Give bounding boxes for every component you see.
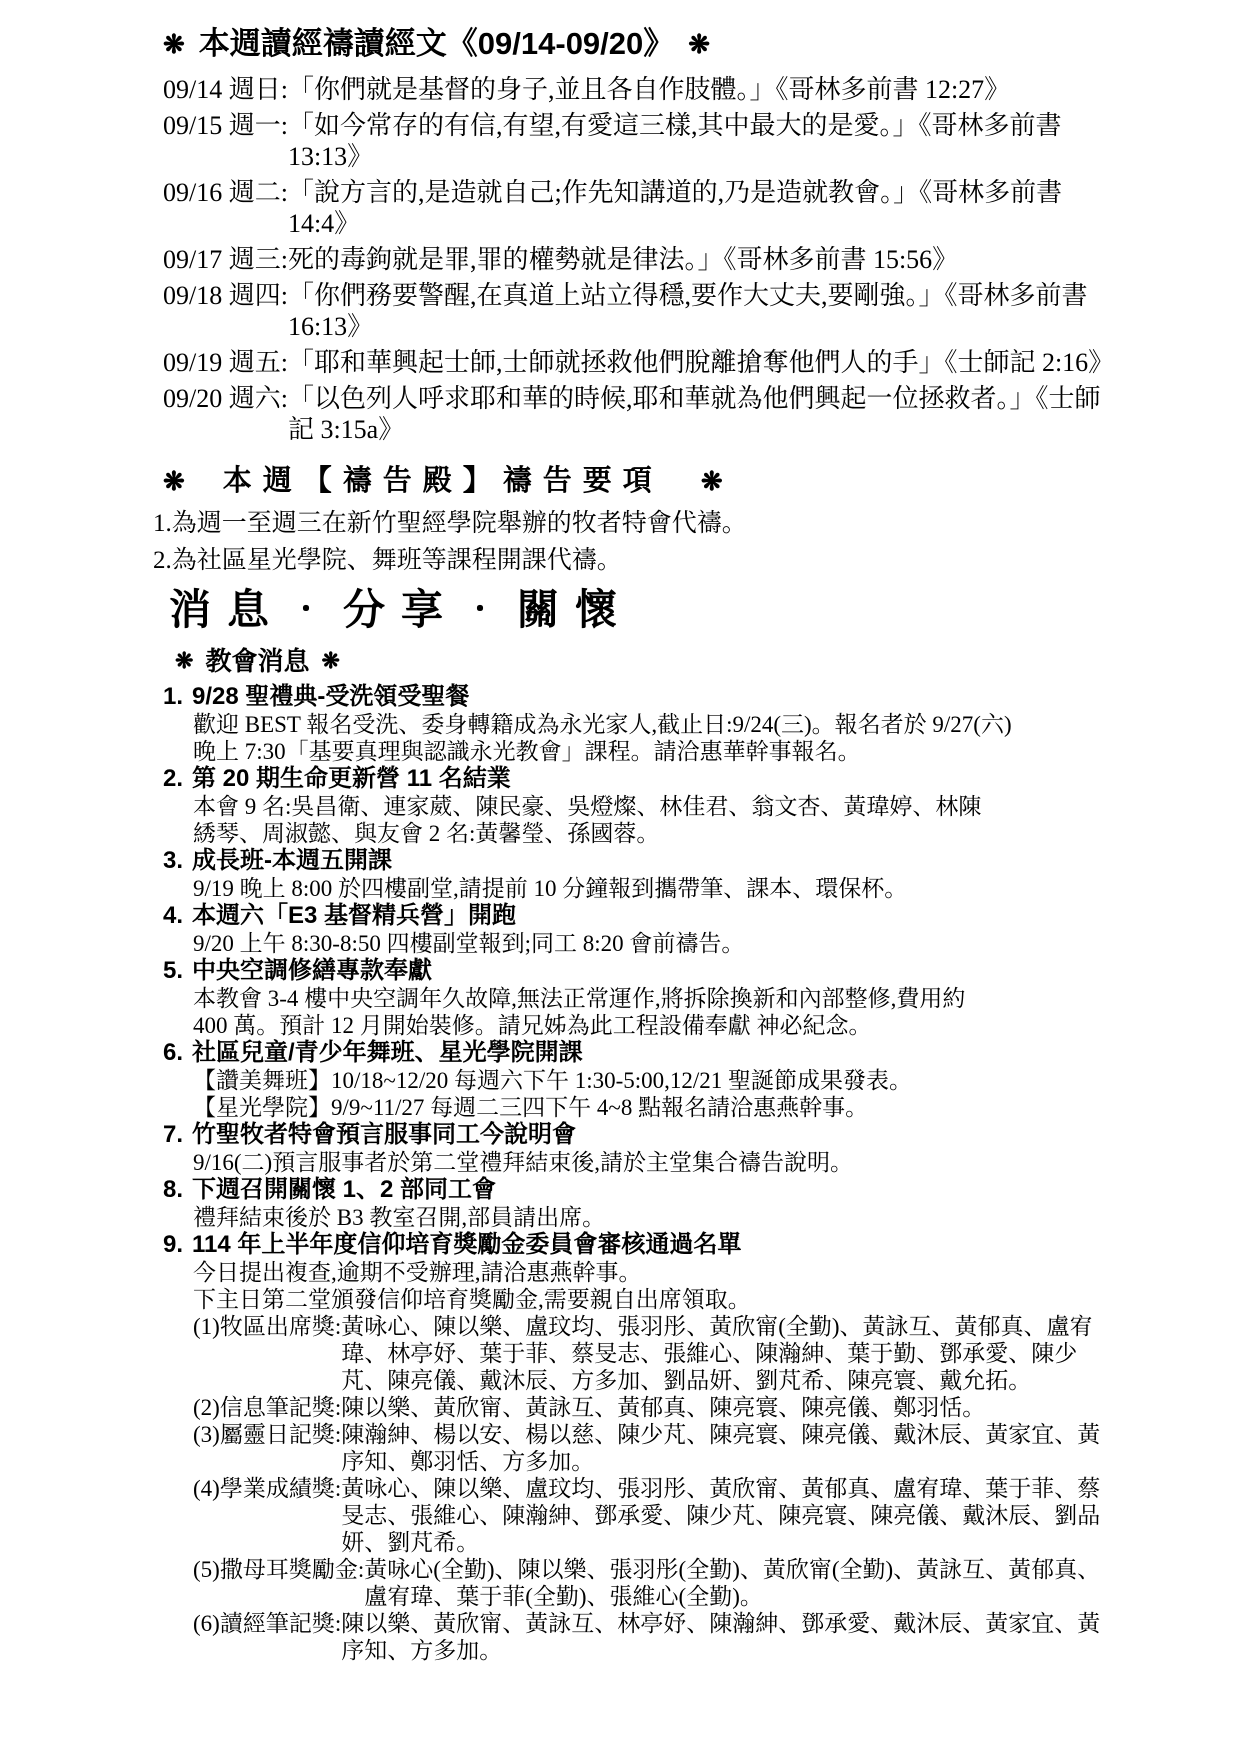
reading-entry-text: 「以色列人呼求耶和華的時候,耶和華就為他們興起一位拯救者。」《士師記 3:15a… xyxy=(288,383,1119,445)
award-names: 陳以樂、黃欣甯、黃詠互、林亭妤、陳瀚紳、鄧承愛、戴沐辰、黃家宜、黃序知、方多加。 xyxy=(341,1610,1119,1664)
news-item-line: 歡迎 BEST 報名受洗、委身轉籍成為永光家人,截止日:9/24(三)。報名者於… xyxy=(163,711,1119,738)
news-item-line: 下主日第二堂頒發信仰培育獎勵金,需要親自出席領取。 xyxy=(163,1286,1119,1313)
news-item-heading: 竹聖牧者特會預言服事同工今說明會 xyxy=(192,1121,576,1149)
award-line: (1)牧區出席獎:黃咏心、陳以樂、盧玟均、張羽彤、黃欣甯(全勤)、黃詠互、黃郁真… xyxy=(163,1313,1119,1394)
news-item-title: 6.社區兒童/青少年舞班、星光學院開課 xyxy=(163,1039,1119,1067)
prayer-item: 2.為社區星光學院、舞班等課程開課代禱。 xyxy=(153,547,1119,575)
news-item-number: 9. xyxy=(163,1231,183,1259)
prayer-section-title: ❋ 本週【禱告殿】禱告要項 ❋ xyxy=(163,461,1119,501)
church-news-header: ❋ 教會消息 ❋ xyxy=(175,645,1119,677)
award-category: (6)讀經筆記獎: xyxy=(193,1610,341,1664)
news-item-number: 8. xyxy=(163,1176,183,1204)
prayer-items: 1.為週一至週三在新竹聖經學院舉辦的牧者特會代禱。2.為社區星光學院、舞班等課程… xyxy=(153,510,1119,575)
reading-entry-date: 09/19 週五: xyxy=(163,347,288,378)
news-item: 3.成長班-本週五開課9/19 晚上 8:00 於四樓副堂,請提前 10 分鐘報… xyxy=(163,847,1119,902)
award-line: (2)信息筆記獎:陳以樂、黃欣甯、黃詠互、黃郁真、陳亮寰、陳亮儀、鄭羽恬。 xyxy=(163,1394,1119,1421)
flower-icon: ❋ xyxy=(163,24,185,64)
news-item-line: 禮拜結束後於 B3 教室召開,部員請出席。 xyxy=(163,1204,1119,1231)
news-item-heading: 成長班-本週五開課 xyxy=(192,847,392,875)
award-names: 陳以樂、黃欣甯、黃詠互、黃郁真、陳亮寰、陳亮儀、鄭羽恬。 xyxy=(341,1394,1119,1421)
news-item-title: 8.下週召開關懷 1、2 部同工會 xyxy=(163,1176,1119,1204)
news-item-line: 綉琴、周淑懿、與友會 2 名:黃馨瑩、孫國蓉。 xyxy=(163,820,1119,847)
news-item-line: 本教會 3-4 樓中央空調年久故障,無法正常運作,將拆除換新和內部整修,費用約 xyxy=(163,985,1119,1012)
flower-icon: ❋ xyxy=(321,645,339,677)
flower-icon: ❋ xyxy=(701,461,723,501)
reading-entry: 09/16 週二:「說方言的,是造就自己;作先知講道的,乃是造就教會。」《哥林多… xyxy=(163,177,1119,239)
reading-entry-text: 「你們就是基督的身子,並且各自作肢體。」《哥林多前書 12:27》 xyxy=(288,74,1119,105)
award-category: (2)信息筆記獎: xyxy=(193,1394,341,1421)
news-item-heading: 第 20 期生命更新營 11 名結業 xyxy=(192,765,511,793)
news-item: 7.竹聖牧者特會預言服事同工今說明會9/16(二)預言服事者於第二堂禮拜結束後,… xyxy=(163,1121,1119,1176)
news-item-line: 本會 9 名:吳昌衛、連家葳、陳民豪、吳燈燦、林佳君、翁文杏、黃瑋婷、林陳 xyxy=(163,793,1119,820)
reading-entry-text: 死的毒鉤就是罪,罪的權勢就是律法。」《哥林多前書 15:56》 xyxy=(288,244,1119,275)
news-item-title: 7.竹聖牧者特會預言服事同工今說明會 xyxy=(163,1121,1119,1149)
reading-section-title: ❋ 本週讀經禱讀經文《09/14-09/20》 ❋ xyxy=(163,24,1119,64)
award-line: (6)讀經筆記獎:陳以樂、黃欣甯、黃詠互、林亭妤、陳瀚紳、鄧承愛、戴沐辰、黃家宜… xyxy=(163,1610,1119,1664)
news-item-number: 5. xyxy=(163,957,183,985)
award-names: 黃咏心、陳以樂、盧玟均、張羽彤、黃欣甯、黃郁真、盧宥瑋、葉于菲、蔡旻志、張維心、… xyxy=(341,1475,1119,1556)
news-item-heading: 社區兒童/青少年舞班、星光學院開課 xyxy=(192,1039,583,1067)
news-item-number: 6. xyxy=(163,1039,183,1067)
news-item-heading: 114 年上半年度信仰培育獎勵金委員會審核通過名單 xyxy=(192,1231,741,1259)
news-item-title: 9.114 年上半年度信仰培育獎勵金委員會審核通過名單 xyxy=(163,1231,1119,1259)
flower-icon: ❋ xyxy=(688,24,710,64)
news-items: 1.9/28 聖禮典-受洗領受聖餐歡迎 BEST 報名受洗、委身轉籍成為永光家人… xyxy=(163,683,1119,1664)
reading-entry: 09/17 週三:死的毒鉤就是罪,罪的權勢就是律法。」《哥林多前書 15:56》 xyxy=(163,244,1119,275)
prayer-item: 1.為週一至週三在新竹聖經學院舉辦的牧者特會代禱。 xyxy=(153,510,1119,538)
award-category: (3)屬靈日記獎: xyxy=(193,1421,341,1475)
reading-entry-date: 09/16 週二: xyxy=(163,177,288,239)
news-item-line: 400 萬。預計 12 月開始裝修。請兄姊為此工程設備奉獻 神必紀念。 xyxy=(163,1012,1119,1039)
reading-entry: 09/18 週四:「你們務要警醒,在真道上站立得穩,要作大丈夫,要剛強。」《哥林… xyxy=(163,280,1119,342)
news-item: 8.下週召開關懷 1、2 部同工會禮拜結束後於 B3 教室召開,部員請出席。 xyxy=(163,1176,1119,1231)
reading-entry-date: 09/18 週四: xyxy=(163,280,288,342)
news-item-line: 今日提出複查,逾期不受辦理,請洽惠燕幹事。 xyxy=(163,1259,1119,1286)
news-item: 1.9/28 聖禮典-受洗領受聖餐歡迎 BEST 報名受洗、委身轉籍成為永光家人… xyxy=(163,683,1119,765)
reading-entry-date: 09/14 週日: xyxy=(163,74,288,105)
news-item-title: 2.第 20 期生命更新營 11 名結業 xyxy=(163,765,1119,793)
news-item-line: 【星光學院】9/9~11/27 每週二三四下午 4~8 點報名請洽惠燕幹事。 xyxy=(163,1094,1119,1121)
reading-entry: 09/20 週六:「以色列人呼求耶和華的時候,耶和華就為他們興起一位拯救者。」《… xyxy=(163,383,1119,445)
news-item-title: 3.成長班-本週五開課 xyxy=(163,847,1119,875)
news-item-heading: 9/28 聖禮典-受洗領受聖餐 xyxy=(192,683,469,711)
news-item: 5.中央空調修繕專款奉獻本教會 3-4 樓中央空調年久故障,無法正常運作,將拆除… xyxy=(163,957,1119,1039)
news-item-heading: 下週召開關懷 1、2 部同工會 xyxy=(192,1176,496,1204)
award-line: (5)撒母耳獎勵金:黃咏心(全勤)、陳以樂、張羽彤(全勤)、黃欣甯(全勤)、黃詠… xyxy=(163,1556,1119,1610)
news-item: 6.社區兒童/青少年舞班、星光學院開課【讚美舞班】10/18~12/20 每週六… xyxy=(163,1039,1119,1121)
news-item-heading: 中央空調修繕專款奉獻 xyxy=(192,957,432,985)
news-item-title: 1.9/28 聖禮典-受洗領受聖餐 xyxy=(163,683,1119,711)
reading-entry: 09/14 週日:「你們就是基督的身子,並且各自作肢體。」《哥林多前書 12:2… xyxy=(163,74,1119,105)
news-item: 9.114 年上半年度信仰培育獎勵金委員會審核通過名單今日提出複查,逾期不受辦理… xyxy=(163,1231,1119,1664)
award-category: (5)撒母耳獎勵金: xyxy=(193,1556,364,1610)
news-item-title: 5.中央空調修繕專款奉獻 xyxy=(163,957,1119,985)
prayer-title-text: 本週【禱告殿】禱告要項 xyxy=(223,461,663,501)
reading-entry-text: 「你們務要警醒,在真道上站立得穩,要作大丈夫,要剛強。」《哥林多前書 16:13… xyxy=(288,280,1119,342)
reading-entry-text: 「說方言的,是造就自己;作先知講道的,乃是造就教會。」《哥林多前書 14:4》 xyxy=(288,177,1119,239)
reading-entries: 09/14 週日:「你們就是基督的身子,並且各自作肢體。」《哥林多前書 12:2… xyxy=(163,74,1119,445)
news-item-line: 9/20 上午 8:30-8:50 四樓副堂報到;同工 8:20 會前禱告。 xyxy=(163,930,1119,957)
church-news-title: 教會消息 xyxy=(205,645,309,677)
news-item-number: 3. xyxy=(163,847,183,875)
award-names: 黃咏心、陳以樂、盧玟均、張羽彤、黃欣甯(全勤)、黃詠互、黃郁真、盧宥瑋、林亭妤、… xyxy=(341,1313,1119,1394)
news-item-number: 4. xyxy=(163,902,183,930)
reading-entry-date: 09/20 週六: xyxy=(163,383,288,445)
news-item-heading: 本週六「E3 基督精兵營」開跑 xyxy=(192,902,516,930)
award-line: (3)屬靈日記獎:陳瀚紳、楊以安、楊以慈、陳少芃、陳亮寰、陳亮儀、戴沐辰、黃家宜… xyxy=(163,1421,1119,1475)
news-item-number: 7. xyxy=(163,1121,183,1149)
award-names: 陳瀚紳、楊以安、楊以慈、陳少芃、陳亮寰、陳亮儀、戴沐辰、黃家宜、黃序知、鄭羽恬、… xyxy=(341,1421,1119,1475)
news-item: 2.第 20 期生命更新營 11 名結業本會 9 名:吳昌衛、連家葳、陳民豪、吳… xyxy=(163,765,1119,847)
flower-icon: ❋ xyxy=(163,461,185,501)
award-category: (1)牧區出席獎: xyxy=(193,1313,341,1394)
news-item-number: 2. xyxy=(163,765,183,793)
award-line: (4)學業成績獎:黃咏心、陳以樂、盧玟均、張羽彤、黃欣甯、黃郁真、盧宥瑋、葉于菲… xyxy=(163,1475,1119,1556)
news-item-line: 9/16(二)預言服事者於第二堂禮拜結束後,請於主堂集合禱告說明。 xyxy=(163,1149,1119,1176)
reading-title-text: 本週讀經禱讀經文《09/14-09/20》 xyxy=(199,24,674,64)
reading-entry-text: 「耶和華興起士師,士師就拯救他們脫離搶奪他們人的手」《士師記 2:16》 xyxy=(288,347,1119,378)
news-item: 4.本週六「E3 基督精兵營」開跑9/20 上午 8:30-8:50 四樓副堂報… xyxy=(163,902,1119,957)
news-banner: 消息‧分享‧關懷 xyxy=(169,585,1119,637)
reading-entry: 09/19 週五:「耶和華興起士師,士師就拯救他們脫離搶奪他們人的手」《士師記 … xyxy=(163,347,1119,378)
award-names: 黃咏心(全勤)、陳以樂、張羽彤(全勤)、黃欣甯(全勤)、黃詠互、黃郁真、盧宥瑋、… xyxy=(364,1556,1119,1610)
news-item-line: 晚上 7:30「基要真理與認識永光教會」課程。請洽惠華幹事報名。 xyxy=(163,738,1119,765)
award-category: (4)學業成績獎: xyxy=(193,1475,341,1556)
reading-entry-text: 「如今常存的有信,有望,有愛這三樣,其中最大的是愛。」《哥林多前書 13:13》 xyxy=(288,110,1119,172)
news-item-line: 【讚美舞班】10/18~12/20 每週六下午 1:30-5:00,12/21 … xyxy=(163,1067,1119,1094)
news-item-line: 9/19 晚上 8:00 於四樓副堂,請提前 10 分鐘報到攜帶筆、課本、環保杯… xyxy=(163,875,1119,902)
reading-entry-date: 09/15 週一: xyxy=(163,110,288,172)
news-item-title: 4.本週六「E3 基督精兵營」開跑 xyxy=(163,902,1119,930)
reading-entry-date: 09/17 週三: xyxy=(163,244,288,275)
reading-entry: 09/15 週一:「如今常存的有信,有望,有愛這三樣,其中最大的是愛。」《哥林多… xyxy=(163,110,1119,172)
bulletin-page: ❋ 本週讀經禱讀經文《09/14-09/20》 ❋ 09/14 週日:「你們就是… xyxy=(0,0,1241,1755)
news-item-number: 1. xyxy=(163,683,183,711)
flower-icon: ❋ xyxy=(175,645,193,677)
